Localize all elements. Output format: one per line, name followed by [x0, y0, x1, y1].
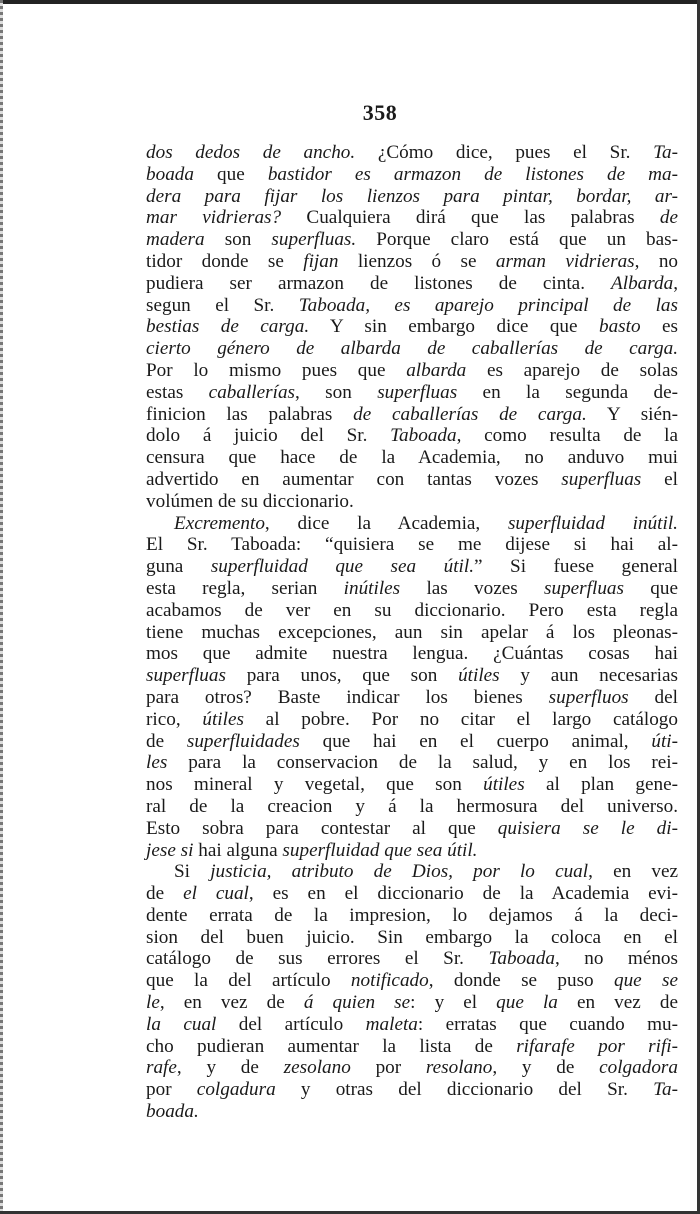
scan-border-top	[0, 0, 700, 4]
text-line: bestias de carga. Y sin embargo dice que…	[146, 316, 678, 338]
roman-text: , no	[635, 251, 678, 272]
roman-text: , dice la Academia,	[265, 513, 508, 534]
roman-text: que	[624, 578, 678, 599]
roman-text: censura que hace de la Academia, no andu…	[146, 447, 678, 468]
italic-text: cierto género de albarda de caballerías …	[146, 338, 678, 359]
text-line: la cual del artículo maleta: erratas que…	[146, 1014, 678, 1036]
text-line: Si justicia, atributo de Dios, por lo cu…	[146, 861, 678, 883]
text-line: cierto género de albarda de caballerías …	[146, 338, 678, 360]
roman-text: dente errata de la impresion, lo dejamos…	[146, 905, 678, 926]
italic-text: quisiera se le di-	[498, 818, 678, 839]
roman-text: es aparejo de solas	[466, 360, 678, 381]
roman-text: Por lo mismo pues que	[146, 360, 406, 381]
italic-text: Taboada	[488, 948, 554, 969]
text-line: nos mineral y vegetal, que son útiles al…	[146, 774, 678, 796]
roman-text: , como resulta de la	[457, 425, 678, 446]
roman-text: : erratas que cuando mu-	[418, 1014, 678, 1035]
roman-text: son	[205, 229, 272, 250]
italic-text: basto	[599, 316, 641, 337]
text-line: dos dedos de ancho. ¿Cómo dice, pues el …	[146, 142, 678, 164]
text-line: para otros? Baste indicar los bienes sup…	[146, 687, 678, 709]
roman-text: en vez de	[558, 992, 678, 1013]
italic-text: útiles	[458, 665, 500, 686]
italic-text: caballerías	[209, 382, 295, 403]
italic-text: Taboada	[390, 425, 456, 446]
roman-text: esta regla, serian	[146, 578, 344, 599]
italic-text: colgadura	[197, 1079, 276, 1100]
italic-text: colgadora	[599, 1057, 678, 1078]
roman-text: de	[146, 883, 183, 904]
text-line: Por lo mismo pues que albarda es aparejo…	[146, 360, 678, 382]
roman-text: advertido en aumentar con tantas vozes	[146, 469, 561, 490]
text-line: acabamos de ver en su diccionario. Pero …	[146, 600, 678, 622]
roman-text: para unos, que son	[226, 665, 458, 686]
roman-text: del artículo	[216, 1014, 365, 1035]
italic-text: superfluidad que sea útil.	[211, 556, 474, 577]
roman-text: del	[629, 687, 678, 708]
roman-text: que hai en el cuerpo animal,	[300, 731, 651, 752]
italic-text: útiles	[483, 774, 525, 795]
italic-text: Excremento	[174, 513, 265, 534]
roman-text: Y sién-	[587, 404, 678, 425]
roman-text: , en vez	[588, 861, 678, 882]
italic-text: superfluidad inútil.	[508, 513, 678, 534]
roman-text: , no ménos	[555, 948, 678, 969]
italic-text: á quien se	[304, 992, 410, 1013]
text-line: El Sr. Taboada: “quisiera se me dijese s…	[146, 534, 678, 556]
roman-text: mos que admite nuestra lengua. ¿Cuántas …	[146, 643, 678, 664]
text-line: dera para fijar los lienzos para pintar,…	[146, 186, 678, 208]
italic-text: le	[146, 992, 160, 1013]
text-line: pudiera ser armazon de listones de cinta…	[146, 273, 678, 295]
text-line: le, en vez de á quien se: y el que la en…	[146, 992, 678, 1014]
roman-text: al plan gene-	[525, 774, 678, 795]
italic-text: madera	[146, 229, 205, 250]
italic-text: jese si	[146, 840, 193, 861]
text-line: rafe, y de zesolano por resolano, y de c…	[146, 1057, 678, 1079]
text-line: dente errata de la impresion, lo dejamos…	[146, 905, 678, 927]
roman-text: ral de la creacion y á la hermosura del …	[146, 796, 678, 817]
text-line: segun el Sr. Taboada, es aparejo princip…	[146, 295, 678, 317]
roman-text: nos mineral y vegetal, que son	[146, 774, 483, 795]
roman-text: rico,	[146, 709, 202, 730]
text-line: cho pudieran aumentar la lista de rifara…	[146, 1036, 678, 1058]
roman-text: tidor donde se	[146, 251, 303, 272]
italic-text: dos dedos de ancho.	[146, 142, 355, 163]
italic-text: de caballerías de carga.	[353, 404, 587, 425]
italic-text: Ta-	[653, 142, 678, 163]
italic-text: resolano	[426, 1057, 492, 1078]
italic-text: la cual	[146, 1014, 216, 1035]
roman-text: ,	[673, 273, 678, 294]
roman-text: para otros? Baste indicar los bienes	[146, 687, 549, 708]
roman-text: el	[641, 469, 678, 490]
roman-text: Cualquiera dirá que las palabras	[281, 207, 660, 228]
roman-text: : y el	[410, 992, 496, 1013]
text-line: de el cual, es en el diccionario de la A…	[146, 883, 678, 905]
italic-text: superfluas	[377, 382, 457, 403]
italic-text: boada	[146, 164, 194, 185]
roman-text: para la conservacion de la salud, y en l…	[167, 752, 678, 773]
roman-text: lienzos ó se	[338, 251, 495, 272]
italic-text: albarda	[406, 360, 466, 381]
text-line: estas caballerías, son superfluas en la …	[146, 382, 678, 404]
text-line: Excremento, dice la Academia, superfluid…	[146, 513, 678, 535]
text-line: les para la conservacion de la salud, y …	[146, 752, 678, 774]
text-line: superfluas para unos, que son útiles y a…	[146, 665, 678, 687]
roman-text: , son	[295, 382, 377, 403]
text-line: guna superfluidad que sea útil.” Si fues…	[146, 556, 678, 578]
roman-text: y otras del diccionario del Sr.	[276, 1079, 653, 1100]
italic-text: Albarda	[611, 273, 673, 294]
italic-text: zesolano	[284, 1057, 351, 1078]
roman-text: Esto sobra para contestar al que	[146, 818, 498, 839]
italic-text: inútiles	[344, 578, 401, 599]
roman-text: , en vez de	[160, 992, 304, 1013]
roman-text: que	[194, 164, 268, 185]
italic-text: Ta-	[653, 1079, 678, 1100]
text-line: ral de la creacion y á la hermosura del …	[146, 796, 678, 818]
roman-text: las vozes	[400, 578, 544, 599]
text-line: que la del artículo notificado, donde se…	[146, 970, 678, 992]
italic-text: de	[660, 207, 678, 228]
text-line: tiene muchas excepciones, aun sin apelar…	[146, 622, 678, 644]
text-line: sion del buen juicio. Sin embargo la col…	[146, 927, 678, 949]
text-line: mos que admite nuestra lengua. ¿Cuántas …	[146, 643, 678, 665]
roman-text: finicion las palabras	[146, 404, 353, 425]
roman-text: segun el Sr.	[146, 295, 299, 316]
text-line: Esto sobra para contestar al que quisier…	[146, 818, 678, 840]
roman-text: El Sr. Taboada: “quisiera se me dijese s…	[146, 534, 678, 555]
italic-text: superfluas	[561, 469, 641, 490]
roman-text: ” Si fuese general	[474, 556, 678, 577]
text-line: esta regla, serian inútiles las vozes su…	[146, 578, 678, 600]
italic-text: el cual	[183, 883, 249, 904]
roman-text: cho pudieran aumentar la lista de	[146, 1036, 516, 1057]
roman-text: por	[146, 1079, 197, 1100]
italic-text: superfluidad que sea útil.	[282, 840, 477, 861]
roman-text: , donde se puso	[429, 970, 614, 991]
text-line: tidor donde se fijan lienzos ó se arman …	[146, 251, 678, 273]
italic-text: boada.	[146, 1101, 199, 1122]
text-line: madera son superfluas. Porque claro está…	[146, 229, 678, 251]
roman-text: de	[146, 731, 187, 752]
text-line: jese si hai alguna superfluidad que sea …	[146, 840, 678, 862]
roman-text: pudiera ser armazon de listones de cinta…	[146, 273, 611, 294]
italic-text: superfluas	[146, 665, 226, 686]
italic-text: rifarafe por rifi-	[516, 1036, 678, 1057]
italic-text: superfluas	[544, 578, 624, 599]
roman-text: , y de	[492, 1057, 599, 1078]
text-line: boada que bastidor es armazon de listone…	[146, 164, 678, 186]
italic-text: úti-	[651, 731, 678, 752]
text-line: boada.	[146, 1101, 678, 1123]
roman-text: , es en el diccionario de la Academia ev…	[249, 883, 678, 904]
italic-text: bastidor es armazon de listones de ma-	[268, 164, 678, 185]
roman-text: es	[641, 316, 678, 337]
italic-text: útiles	[202, 709, 244, 730]
roman-text: y aun necesarias	[500, 665, 678, 686]
roman-text: sion del buen juicio. Sin embargo la col…	[146, 927, 678, 948]
roman-text: Si	[174, 861, 210, 882]
roman-text: tiene muchas excepciones, aun sin apelar…	[146, 622, 678, 643]
text-line: censura que hace de la Academia, no andu…	[146, 447, 678, 469]
italic-text: justicia, atributo de Dios, por lo cual	[210, 861, 588, 882]
italic-text: rafe	[146, 1057, 177, 1078]
italic-text: les	[146, 752, 167, 773]
text-line: advertido en aumentar con tantas vozes s…	[146, 469, 678, 491]
italic-text: bestias de carga.	[146, 316, 309, 337]
italic-text: dera para fijar los lienzos para pintar,…	[146, 186, 678, 207]
text-line: mar vidrieras? Cualquiera dirá que las p…	[146, 207, 678, 229]
italic-text: fijan	[303, 251, 338, 272]
roman-text: , y de	[177, 1057, 284, 1078]
roman-text: hai alguna	[193, 840, 282, 861]
text-line: finicion las palabras de caballerías de …	[146, 404, 678, 426]
text-line: catálogo de sus errores el Sr. Taboada, …	[146, 948, 678, 970]
italic-text: superfluas.	[271, 229, 356, 250]
italic-text: arman vidrieras	[496, 251, 635, 272]
text-line: rico, útiles al pobre. Por no citar el l…	[146, 709, 678, 731]
italic-text: mar vidrieras?	[146, 207, 281, 228]
roman-text: ¿Cómo dice, pues el Sr.	[355, 142, 653, 163]
text-line: dolo á juicio del Sr. Taboada, como resu…	[146, 425, 678, 447]
roman-text: dolo á juicio del Sr.	[146, 425, 390, 446]
text-line: de superfluidades que hai en el cuerpo a…	[146, 731, 678, 753]
roman-text: volúmen de su diccionario.	[146, 491, 354, 512]
italic-text: notificado	[351, 970, 429, 991]
roman-text: Y sin embargo dice que	[309, 316, 599, 337]
roman-text: acabamos de ver en su diccionario. Pero …	[146, 600, 678, 621]
roman-text: al pobre. Por no citar el largo catálogo	[244, 709, 678, 730]
roman-text: guna	[146, 556, 211, 577]
roman-text: estas	[146, 382, 209, 403]
italic-text: que se	[614, 970, 678, 991]
italic-text: maleta	[366, 1014, 418, 1035]
roman-text: que la del artículo	[146, 970, 351, 991]
scan-border-left	[0, 0, 3, 1214]
italic-text: que la	[496, 992, 558, 1013]
page-number: 358	[0, 100, 700, 126]
roman-text: Porque claro está que un bas-	[356, 229, 678, 250]
text-line: por colgadura y otras del diccionario de…	[146, 1079, 678, 1101]
italic-text: Taboada, es aparejo principal de las	[299, 295, 678, 316]
body-text: dos dedos de ancho. ¿Cómo dice, pues el …	[146, 142, 678, 1123]
roman-text: por	[351, 1057, 426, 1078]
italic-text: superfluidades	[187, 731, 300, 752]
text-line: volúmen de su diccionario.	[146, 491, 678, 513]
roman-text: catálogo de sus errores el Sr.	[146, 948, 488, 969]
italic-text: superfluos	[549, 687, 629, 708]
roman-text: en la segunda de-	[457, 382, 678, 403]
